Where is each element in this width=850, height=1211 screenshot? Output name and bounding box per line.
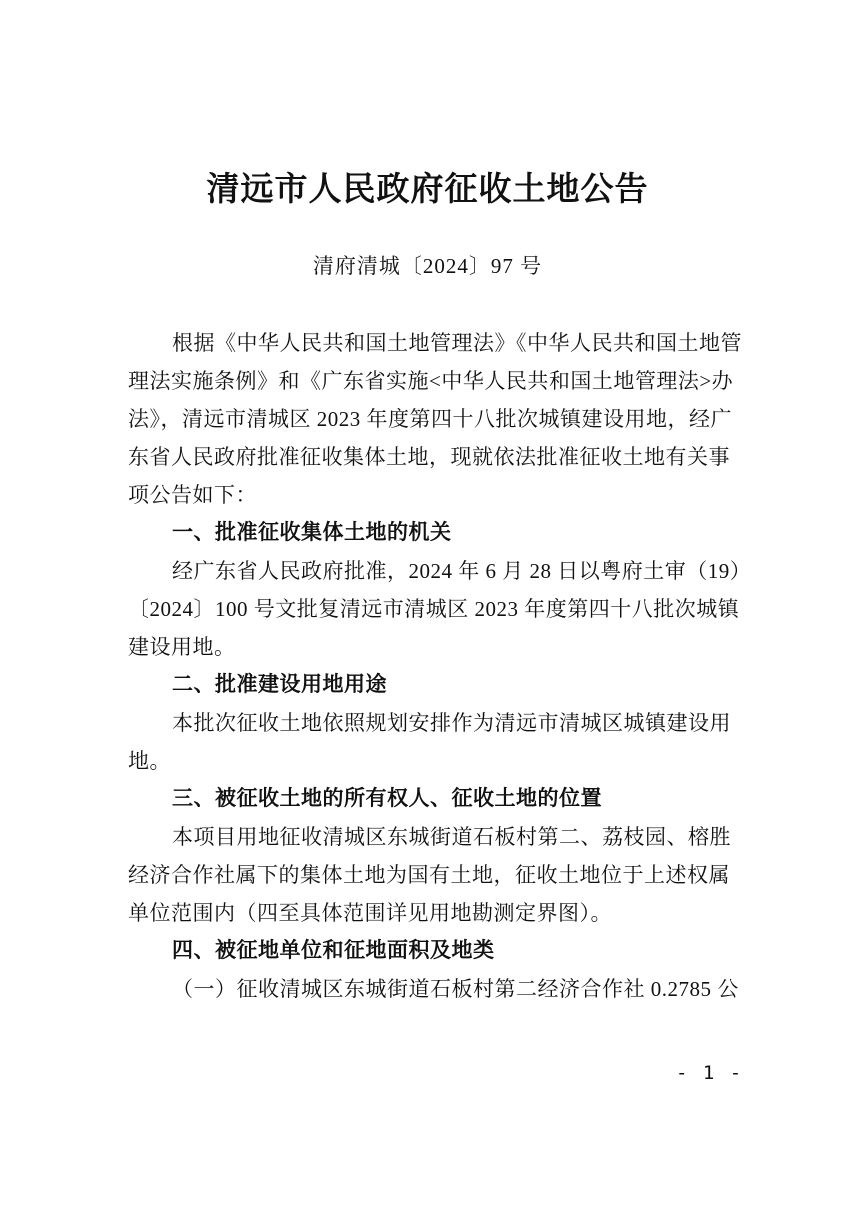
document-page: 清远市人民政府征收土地公告 清府清城〔2024〕97 号 根据《中华人民共和国土… — [0, 0, 850, 1211]
document-title: 清远市人民政府征收土地公告 — [125, 170, 730, 210]
paragraph-line: 本批次征收土地依照规划安排作为清远市清城区城镇建设用 — [128, 704, 728, 742]
paragraph-line: 经济合作社属下的集体土地为国有土地，征收土地位于上述权属 — [128, 856, 728, 894]
section-heading-1: 一、批准征收集体土地的机关 — [128, 514, 728, 552]
paragraph-line: 建设用地。 — [128, 628, 728, 666]
paragraph-line: 经广东省人民政府批准，2024 年 6 月 28 日以粤府土审（19） — [128, 552, 728, 590]
page-number: - 1 - — [676, 1062, 743, 1084]
section-heading-4: 四、被征地单位和征地面积及地类 — [128, 932, 728, 970]
paragraph-line: 项公告如下： — [128, 476, 728, 514]
paragraph-line: 地。 — [128, 742, 728, 780]
paragraph-line: 单位范围内（四至具体范围详见用地勘测定界图）。 — [128, 894, 728, 932]
paragraph-line: 法》，清远市清城区 2023 年度第四十八批次城镇建设用地，经广 — [128, 400, 728, 438]
paragraph-line: 〔2024〕100 号文批复清远市清城区 2023 年度第四十八批次城镇 — [128, 590, 728, 628]
section-heading-3: 三、被征收土地的所有权人、征收土地的位置 — [128, 780, 728, 818]
section-heading-2: 二、批准建设用地用途 — [128, 666, 728, 704]
paragraph-line: （一）征收清城区东城街道石板村第二经济合作社 0.2785 公 — [128, 970, 728, 1008]
paragraph-line: 东省人民政府批准征收集体土地，现就依法批准征收土地有关事 — [128, 438, 728, 476]
paragraph-line: 本项目用地征收清城区东城街道石板村第二、荔枝园、榕胜 — [128, 818, 728, 856]
paragraph-line: 理法实施条例》和《广东省实施<中华人民共和国土地管理法>办 — [128, 362, 728, 400]
document-body: 根据《中华人民共和国土地管理法》《中华人民共和国土地管 理法实施条例》和《广东省… — [128, 324, 728, 1008]
paragraph-line: 根据《中华人民共和国土地管理法》《中华人民共和国土地管 — [128, 324, 728, 362]
document-number: 清府清城〔2024〕97 号 — [125, 251, 730, 281]
